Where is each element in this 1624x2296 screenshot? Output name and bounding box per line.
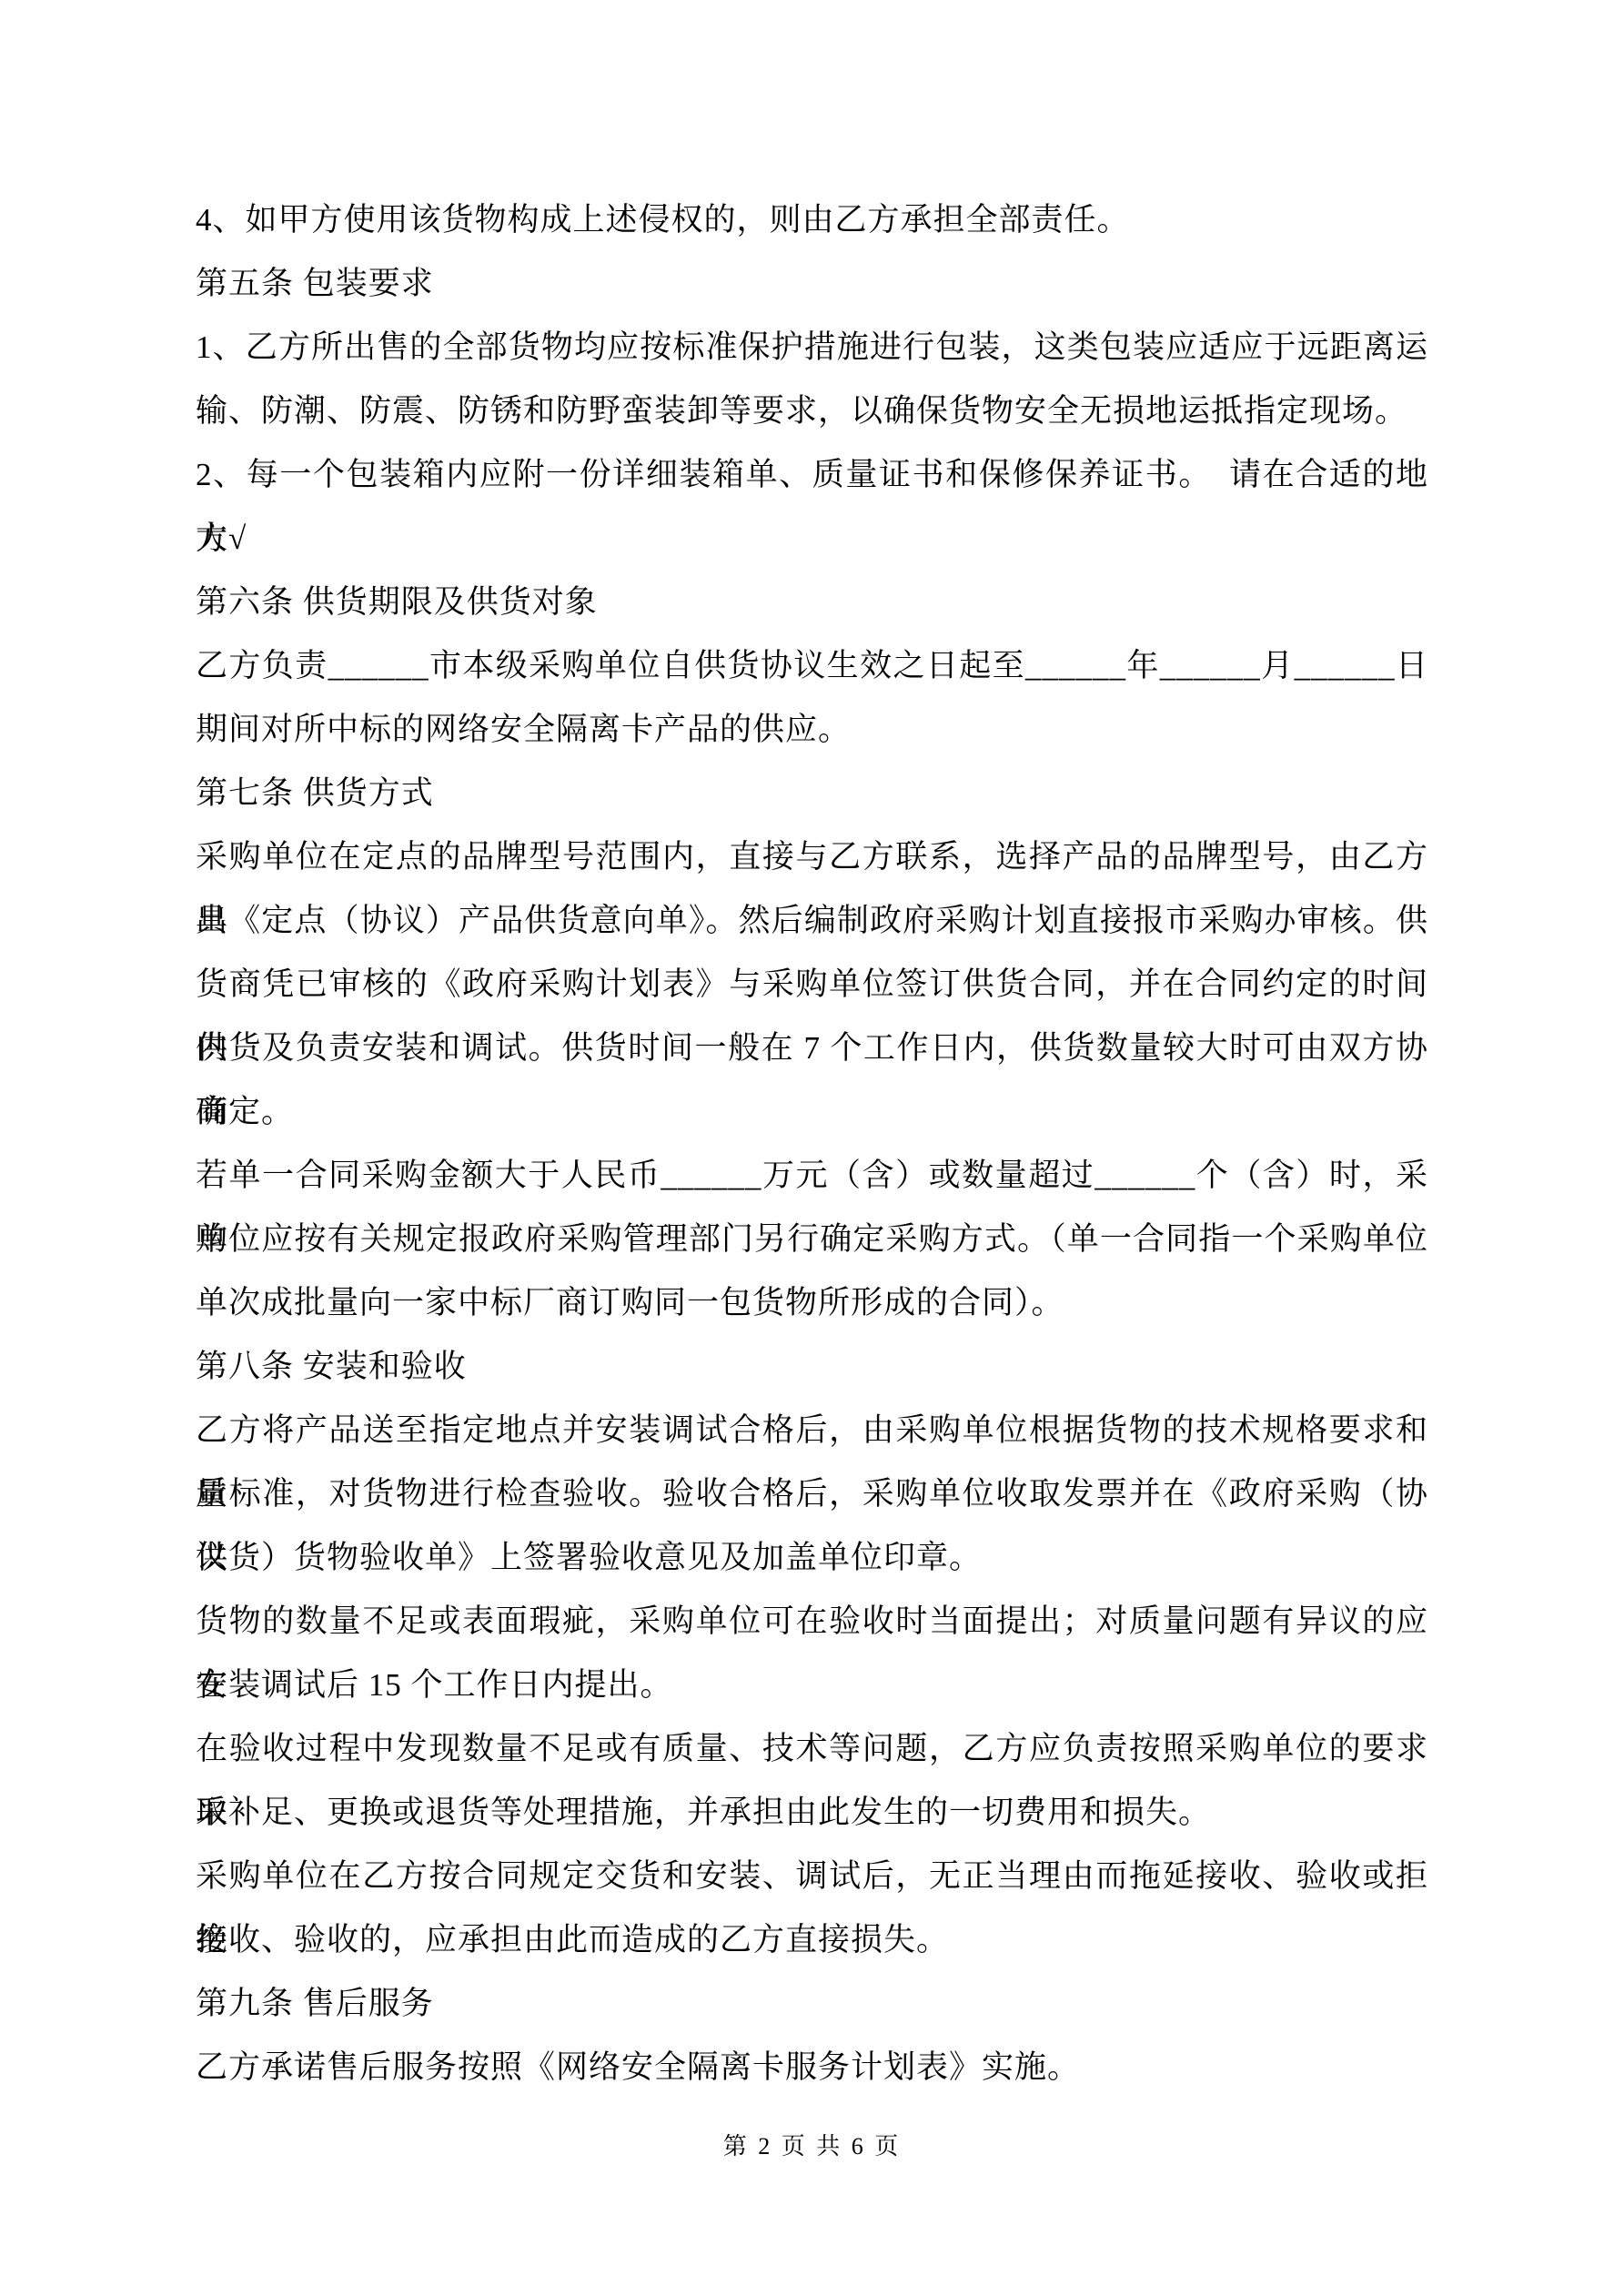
document-line: 具《定点（协议）产品供货意向单》。然后编制政府采购计划直接报市采购办审核。供	[196, 889, 1428, 953]
document-line: 安装调试后 15 个工作日内提出。	[196, 1654, 1428, 1717]
document-line: 乙方承诺售后服务按照《网络安全隔离卡服务计划表》实施。	[196, 2036, 1428, 2099]
document-line: 大√	[196, 507, 1428, 571]
document-line: 乙方将产品送至指定地点并安装调试合格后，由采购单位根据货物的技术规格要求和质	[196, 1399, 1428, 1462]
document-line: 第七条 供货方式	[196, 762, 1428, 825]
document-line: 2、每一个包装箱内应附一份详细装箱单、质量证书和保修保养证书。 请在合适的地方	[196, 443, 1428, 507]
document-lines: 4、如甲方使用该货物构成上述侵权的，则由乙方承担全部责任。第五条 包装要求1、乙…	[196, 188, 1428, 2099]
document-line: 确定。	[196, 1080, 1428, 1144]
contract-document-page: 4、如甲方使用该货物构成上述侵权的，则由乙方承担全部责任。第五条 包装要求1、乙…	[0, 0, 1624, 2296]
document-line: 第五条 包装要求	[196, 252, 1428, 316]
document-line: 若单一合同采购金额大于人民币______万元（含）或数量超过______个（含）…	[196, 1144, 1428, 1208]
document-line: 第六条 供货期限及供货对象	[196, 571, 1428, 634]
document-line: 乙方负责______市本级采购单位自供货协议生效之日起至______年_____…	[196, 634, 1428, 698]
document-line: 接收、验收的，应承担由此而造成的乙方直接损失。	[196, 1908, 1428, 1972]
document-line: 货物的数量不足或表面瑕疵，采购单位可在验收时当面提出；对质量问题有异议的应在	[196, 1590, 1428, 1654]
document-line: 4、如甲方使用该货物构成上述侵权的，则由乙方承担全部责任。	[196, 188, 1428, 252]
document-line: 在验收过程中发现数量不足或有质量、技术等问题，乙方应负责按照采购单位的要求采	[196, 1717, 1428, 1781]
document-line: 采购单位在乙方按合同规定交货和安装、调试后，无正当理由而拖延接收、验收或拒绝	[196, 1845, 1428, 1908]
document-line: 1、乙方所出售的全部货物均应按标准保护措施进行包装，这类包装应适应于远距离运	[196, 316, 1428, 379]
document-line: 采购单位在定点的品牌型号范围内，直接与乙方联系，选择产品的品牌型号，由乙方出	[196, 825, 1428, 889]
page-footer: 第 2 页 共 6 页	[0, 2128, 1624, 2161]
document-line: 单次成批量向一家中标厂商订购同一包货物所形成的合同）。	[196, 1271, 1428, 1335]
document-line: 单位应按有关规定报政府采购管理部门另行确定采购方式。（单一合同指一个采购单位	[196, 1208, 1428, 1271]
document-line: 第八条 安装和验收	[196, 1335, 1428, 1399]
document-line: 供货及负责安装和调试。供货时间一般在 7 个工作日内，供货数量较大时可由双方协商	[196, 1017, 1428, 1080]
document-line: 第九条 售后服务	[196, 1972, 1428, 2036]
document-line: 量标准，对货物进行检查验收。验收合格后，采购单位收取发票并在《政府采购（协议	[196, 1462, 1428, 1526]
document-line: 取补足、更换或退货等处理措施，并承担由此发生的一切费用和损失。	[196, 1781, 1428, 1845]
document-line: 供货）货物验收单》上签署验收意见及加盖单位印章。	[196, 1526, 1428, 1590]
document-line: 货商凭已审核的《政府采购计划表》与采购单位签订供货合同，并在合同约定的时间内	[196, 953, 1428, 1017]
document-line: 期间对所中标的网络安全隔离卡产品的供应。	[196, 698, 1428, 762]
document-line: 输、防潮、防震、防锈和防野蛮装卸等要求，以确保货物安全无损地运抵指定现场。	[196, 379, 1428, 443]
